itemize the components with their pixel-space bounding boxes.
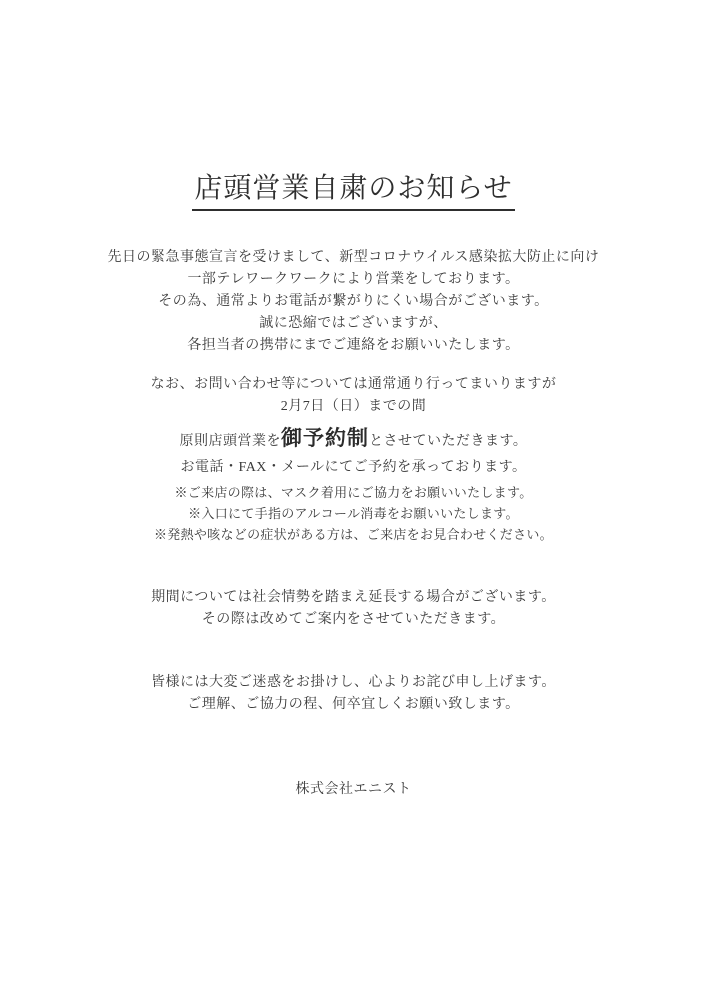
intro-paragraph: 先日の緊急事態宣言を受けまして、新型コロナウイルス感染拡大防止に向け 一部テレワ… <box>0 247 707 357</box>
intro-line: 各担当者の携帯にまでご連絡をお願いいたします。 <box>0 335 707 357</box>
intro-line: 一部テレワークワークにより営業をしております。 <box>0 269 707 291</box>
company-name: 株式会社エニスト <box>0 779 707 801</box>
period-paragraph: 期間については社会情勢を踏まえ延長する場合がございます。 その際は改めてご案内を… <box>0 587 707 631</box>
caution-note-line: ※発熱や咳などの症状がある方は、ご来店をお見合わせください。 <box>0 524 707 545</box>
reservation-emphasis: 御予約制 <box>281 426 369 450</box>
page-title: 店頭営業自粛のお知らせ <box>192 172 514 211</box>
notice-document: 店頭営業自粛のお知らせ 先日の緊急事態宣言を受けまして、新型コロナウイルス感染拡… <box>0 0 707 1000</box>
intro-line: 誠に恐縮ではございますが、 <box>0 313 707 335</box>
apology-paragraph: 皆様には大変ご迷惑をお掛けし、心よりお詫び申し上げます。 ご理解、ご協力の程、何… <box>0 672 707 716</box>
intro-line: その為、通常よりお電話が繋がりにくい場合がございます。 <box>0 291 707 313</box>
reservation-sentence: 原則店頭営業を御予約制とさせていただきます。 <box>0 422 707 458</box>
period-line: その際は改めてご案内をさせていただきます。 <box>0 609 707 631</box>
reservation-statement: 原則店頭営業を御予約制とさせていただきます。 <box>0 422 707 458</box>
caution-notes: ※ご来店の際は、マスク着用にご協力をお願いいたします。 ※入口にて手指のアルコー… <box>0 482 707 545</box>
inquiry-paragraph: なお、お問い合わせ等については通常通り行ってまいりますが 2月7日（日）までの間 <box>0 374 707 418</box>
intro-line: 先日の緊急事態宣言を受けまして、新型コロナウイルス感染拡大防止に向け <box>0 247 707 269</box>
apology-line: 皆様には大変ご迷惑をお掛けし、心よりお詫び申し上げます。 <box>0 672 707 694</box>
reservation-prefix: 原則店頭営業を <box>180 434 282 449</box>
caution-note-line: ※ご来店の際は、マスク着用にご協力をお願いいたします。 <box>0 482 707 503</box>
apology-line: ご理解、ご協力の程、何卒宜しくお願い致します。 <box>0 694 707 716</box>
reservation-suffix: とさせていただきます。 <box>369 434 527 449</box>
inquiry-date-line: 2月7日（日）までの間 <box>0 396 707 418</box>
period-line: 期間については社会情勢を踏まえ延長する場合がございます。 <box>0 587 707 609</box>
reservation-method-line: お電話・FAX・メールにてご予約を承っております。 <box>0 457 707 479</box>
reservation-method: お電話・FAX・メールにてご予約を承っております。 <box>0 457 707 479</box>
document-header: 店頭営業自粛のお知らせ <box>0 172 707 211</box>
inquiry-line: なお、お問い合わせ等については通常通り行ってまいりますが <box>0 374 707 396</box>
company-signature: 株式会社エニスト <box>0 779 707 801</box>
caution-note-line: ※入口にて手指のアルコール消毒をお願いいたします。 <box>0 503 707 524</box>
